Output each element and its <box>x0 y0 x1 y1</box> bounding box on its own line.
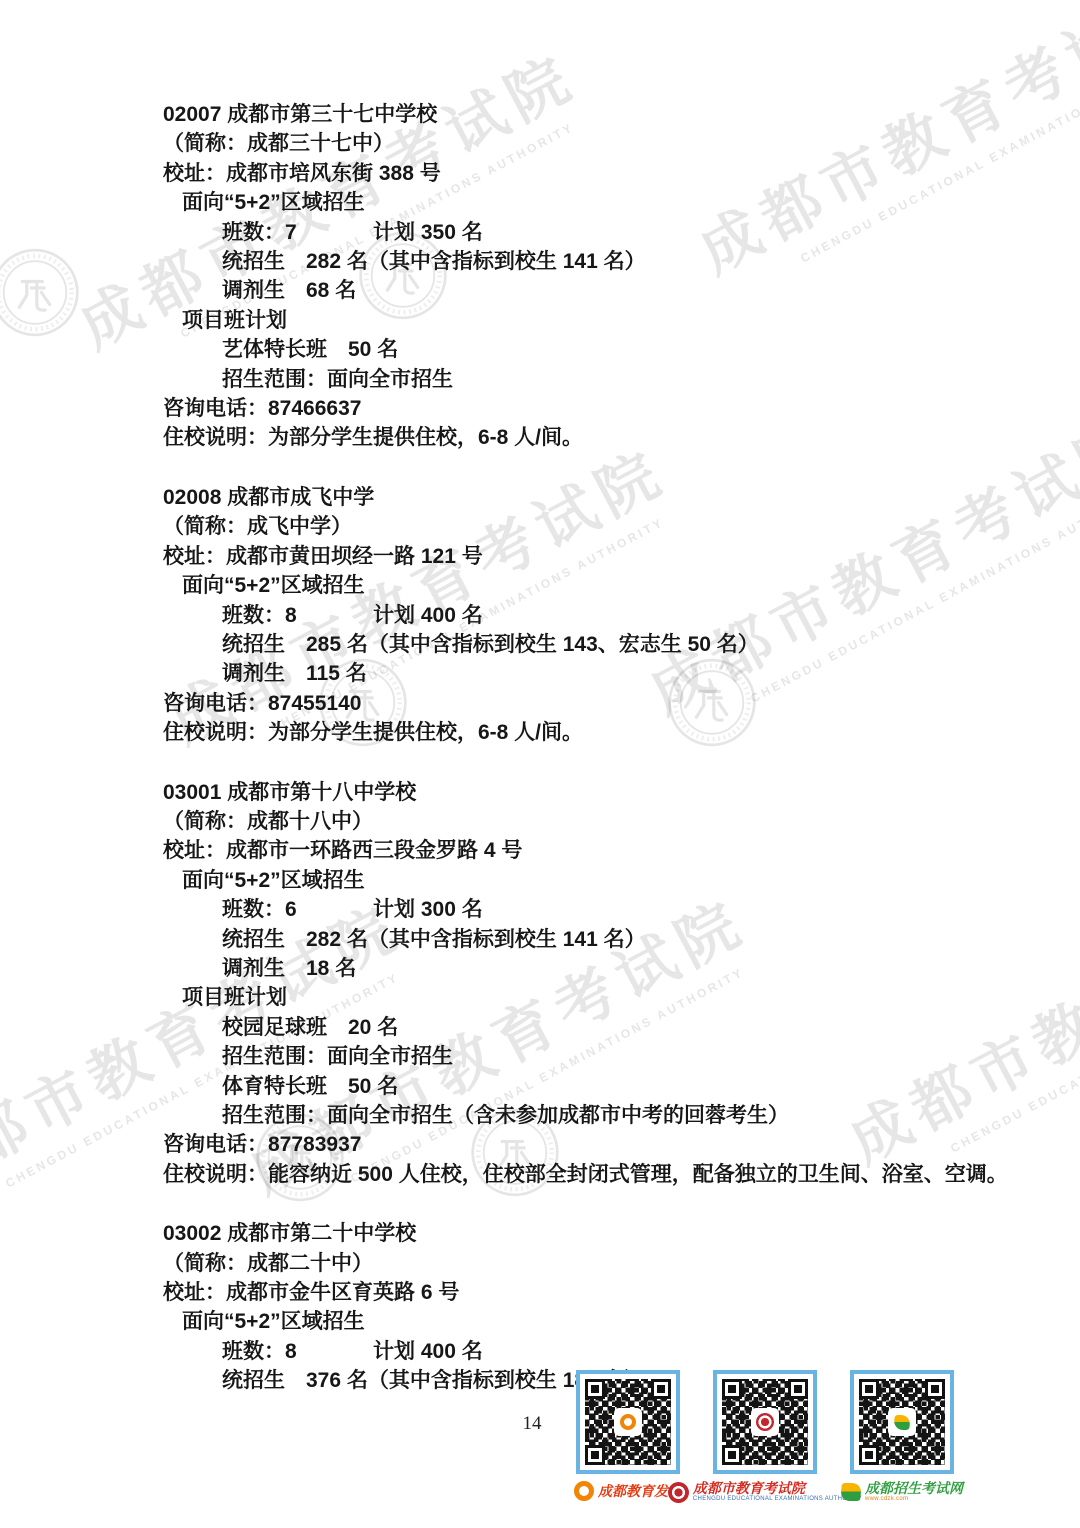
doc-text: 咨询电话：87783937 <box>163 1133 361 1156</box>
qr-center-logo <box>888 1408 916 1436</box>
doc-text: 调剂生 68 名 <box>222 279 356 302</box>
doc-line: （简称：成飞中学） <box>163 512 1008 541</box>
doc-line: 面向“5+2”区域招生 <box>163 188 1008 217</box>
qr-finder-bl <box>722 1445 742 1465</box>
doc-line: 艺体特长班 50 名 <box>163 335 1008 364</box>
doc-line: 统招生 282 名（其中含指标到校生 141 名） <box>163 925 1008 954</box>
doc-line: 班数：8计划 400 名 <box>163 1337 1008 1366</box>
page-number: 14 <box>514 1413 550 1435</box>
qr-finder-bl <box>585 1445 605 1465</box>
qr-code-row: 成都教育发布成都市教育考试院CHENGDU EDUCATIONAL EXAMIN… <box>576 1370 954 1503</box>
doc-line: 调剂生 68 名 <box>163 276 1008 305</box>
doc-text: 面向“5+2”区域招生 <box>182 574 365 597</box>
doc-line: 03002 成都市第二十中学校 <box>163 1219 1008 1248</box>
doc-text: 班数：8 <box>222 601 373 630</box>
doc-line: 班数：7计划 350 名 <box>163 218 1008 247</box>
doc-text: 统招生 282 名（其中含指标到校生 141 名） <box>222 928 646 951</box>
doc-line: 03001 成都市第十八中学校 <box>163 778 1008 807</box>
doc-text: 面向“5+2”区域招生 <box>182 191 365 214</box>
doc-text: （简称：成都三十七中） <box>163 132 394 155</box>
doc-line: 统招生 282 名（其中含指标到校生 141 名） <box>163 247 1008 276</box>
doc-text: 体育特长班 50 名 <box>222 1075 398 1098</box>
qr-label-col: 成都招生考试网www.cdzk.com <box>865 1481 963 1503</box>
doc-text: 招生范围：面向全市招生 <box>222 368 453 391</box>
doc-text: 住校说明：为部分学生提供住校，6-8 人/间。 <box>163 721 583 744</box>
doc-text: 校址：成都市黄田坝经一路 121 号 <box>163 545 483 568</box>
qr-card-chengdu-examinations-authority: 成都市教育考试院CHENGDU EDUCATIONAL EXAMINATIONS… <box>713 1370 817 1503</box>
doc-line: 住校说明：为部分学生提供住校，6-8 人/间。 <box>163 718 1008 747</box>
doc-line: 招生范围：面向全市招生 <box>163 1042 1008 1071</box>
school-block: 02007 成都市第三十七中学校（简称：成都三十七中）校址：成都市培风东街 38… <box>163 100 1008 453</box>
doc-text-col2: 计划 300 名 <box>373 898 483 921</box>
doc-line: 咨询电话：87783937 <box>163 1130 1008 1159</box>
chengdu-education-release-logo-icon <box>620 1414 636 1430</box>
doc-line: 校址：成都市一环路西三段金罗路 4 号 <box>163 836 1008 865</box>
doc-line: 项目班计划 <box>163 983 1008 1012</box>
chengdu-examinations-authority-logo-icon <box>756 1413 774 1431</box>
qr-pattern <box>722 1379 808 1465</box>
qr-finder-tr <box>788 1379 808 1399</box>
qr-finder-tr <box>925 1379 945 1399</box>
qr-label-chengdu-education-release: 成都教育发布 <box>574 1481 682 1501</box>
qr-label-text: 成都招生考试网 <box>865 1481 963 1496</box>
doc-line: 招生范围：面向全市招生（含未参加成都市中考的回蓉考生） <box>163 1101 1008 1130</box>
doc-text-col2: 计划 400 名 <box>373 604 483 627</box>
doc-text: 校址：成都市培风东街 388 号 <box>163 162 441 185</box>
doc-line: 班数：8计划 400 名 <box>163 601 1008 630</box>
doc-line: 面向“5+2”区域招生 <box>163 1307 1008 1336</box>
qr-label-caption: www.cdzk.com <box>865 1496 908 1503</box>
doc-text: 校园足球班 20 名 <box>222 1016 398 1039</box>
doc-line: 招生范围：面向全市招生 <box>163 365 1008 394</box>
doc-text-col2: 计划 400 名 <box>373 1340 483 1363</box>
doc-line: 体育特长班 50 名 <box>163 1072 1008 1101</box>
qr-finder-tr <box>651 1379 671 1399</box>
doc-line: 02008 成都市成飞中学 <box>163 483 1008 512</box>
doc-text: 统招生 285 名（其中含指标到校生 143、宏志生 50 名） <box>222 633 759 656</box>
qr-card-chengdu-zhaosheng-kaoshi-web: 成都招生考试网www.cdzk.com <box>850 1370 954 1503</box>
doc-line: 项目班计划 <box>163 306 1008 335</box>
doc-text: 艺体特长班 50 名 <box>222 338 398 361</box>
document-page: 成都市教育考试院CHENGDU EDUCATIONAL EXAMINATIONS… <box>0 0 1080 1528</box>
qr-finder-tl <box>585 1379 605 1399</box>
watermark-seal-icon <box>0 247 81 344</box>
qr-code-chengdu-education-release <box>576 1370 680 1474</box>
doc-line: 调剂生 115 名 <box>163 659 1008 688</box>
doc-text: 02007 成都市第三十七中学校 <box>163 103 437 126</box>
doc-line: 校址：成都市培风东街 388 号 <box>163 159 1008 188</box>
doc-line: 校址：成都市黄田坝经一路 121 号 <box>163 542 1008 571</box>
qr-label-col: 成都市教育考试院CHENGDU EDUCATIONAL EXAMINATIONS… <box>693 1481 862 1503</box>
doc-text: 调剂生 18 名 <box>222 957 356 980</box>
qr-label-chengdu-examinations-authority: 成都市教育考试院CHENGDU EDUCATIONAL EXAMINATIONS… <box>668 1481 862 1503</box>
doc-text: （简称：成都十八中） <box>163 810 373 833</box>
doc-text: 招生范围：面向全市招生 <box>222 1045 453 1068</box>
doc-text: 班数：6 <box>222 895 373 924</box>
doc-line: 校址：成都市金牛区育英路 6 号 <box>163 1278 1008 1307</box>
chengdu-examinations-authority-icon <box>668 1482 689 1503</box>
qr-finder-tl <box>859 1379 879 1399</box>
school-block: 02008 成都市成飞中学（简称：成飞中学）校址：成都市黄田坝经一路 121 号… <box>163 483 1008 748</box>
doc-line: 面向“5+2”区域招生 <box>163 571 1008 600</box>
doc-line: 校园足球班 20 名 <box>163 1013 1008 1042</box>
chengdu-zhaosheng-kaoshi-web-logo-icon <box>893 1415 911 1430</box>
doc-text: 03002 成都市第二十中学校 <box>163 1222 416 1245</box>
doc-text: 班数：8 <box>222 1337 373 1366</box>
doc-text: （简称：成飞中学） <box>163 515 352 538</box>
doc-text: 面向“5+2”区域招生 <box>182 869 365 892</box>
doc-line: （简称：成都三十七中） <box>163 129 1008 158</box>
qr-label-text: 成都市教育考试院 <box>693 1481 805 1496</box>
chengdu-education-release-icon <box>574 1481 594 1501</box>
document-content: 02007 成都市第三十七中学校（简称：成都三十七中）校址：成都市培风东街 38… <box>163 100 1008 1426</box>
doc-line: 02007 成都市第三十七中学校 <box>163 100 1008 129</box>
doc-text: 招生范围：面向全市招生（含未参加成都市中考的回蓉考生） <box>222 1104 789 1127</box>
qr-finder-tl <box>722 1379 742 1399</box>
doc-line: （简称：成都十八中） <box>163 807 1008 836</box>
qr-center-logo <box>751 1408 779 1436</box>
qr-card-chengdu-education-release: 成都教育发布 <box>576 1370 680 1503</box>
qr-finder-bl <box>859 1445 879 1465</box>
chengdu-zhaosheng-kaoshi-web-icon <box>840 1483 862 1501</box>
doc-line: 住校说明：为部分学生提供住校，6-8 人/间。 <box>163 423 1008 452</box>
doc-text: 项目班计划 <box>182 309 287 332</box>
doc-line: 面向“5+2”区域招生 <box>163 866 1008 895</box>
school-block: 03001 成都市第十八中学校（简称：成都十八中）校址：成都市一环路西三段金罗路… <box>163 778 1008 1190</box>
doc-text: 咨询电话：87455140 <box>163 692 361 715</box>
qr-pattern <box>859 1379 945 1465</box>
doc-text: 调剂生 115 名 <box>222 662 367 685</box>
qr-label-caption: CHENGDU EDUCATIONAL EXAMINATIONS AUTHORI… <box>693 1496 862 1503</box>
doc-line: 咨询电话：87466637 <box>163 394 1008 423</box>
doc-text: 02008 成都市成飞中学 <box>163 486 374 509</box>
doc-text: 校址：成都市一环路西三段金罗路 4 号 <box>163 839 522 862</box>
qr-pattern <box>585 1379 671 1465</box>
doc-text: 项目班计划 <box>182 986 287 1009</box>
doc-text: 咨询电话：87466637 <box>163 397 361 420</box>
qr-code-chengdu-examinations-authority <box>713 1370 817 1474</box>
doc-text: 住校说明：能容纳近 500 人住校，住校部全封闭式管理，配备独立的卫生间、浴室、… <box>163 1163 1008 1186</box>
doc-line: 住校说明：能容纳近 500 人住校，住校部全封闭式管理，配备独立的卫生间、浴室、… <box>163 1160 1008 1189</box>
qr-center-logo <box>614 1408 642 1436</box>
doc-line: 调剂生 18 名 <box>163 954 1008 983</box>
doc-text: 面向“5+2”区域招生 <box>182 1310 365 1333</box>
doc-text: 校址：成都市金牛区育英路 6 号 <box>163 1281 459 1304</box>
qr-code-chengdu-zhaosheng-kaoshi-web <box>850 1370 954 1474</box>
doc-text: 03001 成都市第十八中学校 <box>163 781 416 804</box>
doc-text: 统招生 282 名（其中含指标到校生 141 名） <box>222 250 646 273</box>
doc-line: 咨询电话：87455140 <box>163 689 1008 718</box>
doc-text-col2: 计划 350 名 <box>373 221 483 244</box>
doc-line: 统招生 285 名（其中含指标到校生 143、宏志生 50 名） <box>163 630 1008 659</box>
doc-line: （简称：成都二十中） <box>163 1249 1008 1278</box>
doc-line: 班数：6计划 300 名 <box>163 895 1008 924</box>
doc-text: 住校说明：为部分学生提供住校，6-8 人/间。 <box>163 426 583 449</box>
doc-text: 班数：7 <box>222 218 373 247</box>
qr-label-chengdu-zhaosheng-kaoshi-web: 成都招生考试网www.cdzk.com <box>841 1481 963 1503</box>
doc-text: （简称：成都二十中） <box>163 1252 373 1275</box>
